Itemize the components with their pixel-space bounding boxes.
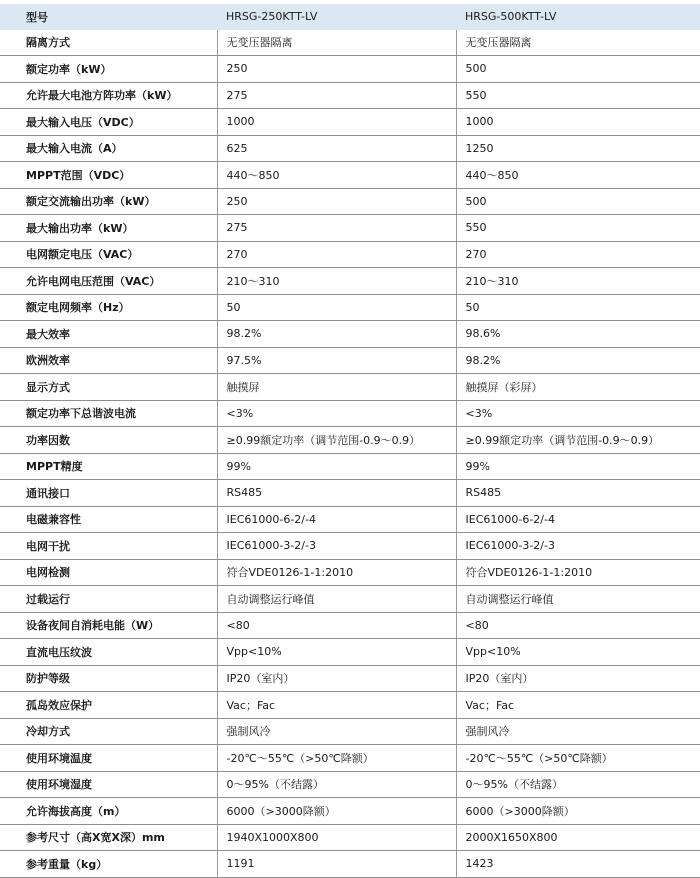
row-value-model-1: 0～95%（不结露） xyxy=(217,771,456,798)
table-row: 设备夜间自消耗电能（W）<80<80 xyxy=(0,612,700,639)
row-value-model-1: 强制风冷 xyxy=(217,718,456,745)
table-row: 冷却方式强制风冷强制风冷 xyxy=(0,718,700,745)
spec-table-body: 型号 HRSG-250KTT-LV HRSG-500KTT-LV 隔离方式无变压… xyxy=(0,4,700,875)
table-row: 允许电网电压范围（VAC）210～310210～310 xyxy=(0,268,700,295)
row-value-model-1: 275 xyxy=(217,215,456,242)
row-param-label: 最大效率 xyxy=(0,321,217,348)
row-param-label: 参考重量（kg） xyxy=(0,851,217,876)
row-param-label: 最大输出功率（kW） xyxy=(0,215,217,242)
row-param-label: 使用环境湿度 xyxy=(0,771,217,798)
header-param-label: 型号 xyxy=(0,4,217,30)
table-row: 显示方式触摸屏触摸屏（彩屏） xyxy=(0,374,700,401)
row-value-model-2: 6000（>3000降额） xyxy=(456,798,700,825)
row-value-model-1: IEC61000-3-2/-3 xyxy=(217,533,456,560)
table-row: 防护等级IP20（室内）IP20（室内） xyxy=(0,665,700,692)
table-row: 参考尺寸（高X宽X深）mm1940X1000X8002000X1650X800 xyxy=(0,824,700,851)
row-param-label: 参考尺寸（高X宽X深）mm xyxy=(0,824,217,851)
row-value-model-1: 1000 xyxy=(217,109,456,136)
row-value-model-1: Vac；Fac xyxy=(217,692,456,719)
row-value-model-2: Vpp<10% xyxy=(456,639,700,666)
row-value-model-1: 275 xyxy=(217,82,456,109)
row-value-model-1: 98.2% xyxy=(217,321,456,348)
row-value-model-2: 0～95%（不结露） xyxy=(456,771,700,798)
row-value-model-2: <3% xyxy=(456,400,700,427)
row-value-model-1: 50 xyxy=(217,294,456,321)
row-value-model-2: 98.2% xyxy=(456,347,700,374)
row-value-model-1: <80 xyxy=(217,612,456,639)
table-row: 使用环境湿度0～95%（不结露）0～95%（不结露） xyxy=(0,771,700,798)
table-row: 过载运行自动调整运行峰值自动调整运行峰值 xyxy=(0,586,700,613)
row-value-model-2: 触摸屏（彩屏） xyxy=(456,374,700,401)
row-value-model-1: Vpp<10% xyxy=(217,639,456,666)
row-value-model-2: IEC61000-3-2/-3 xyxy=(456,533,700,560)
row-value-model-2: 440～850 xyxy=(456,162,700,189)
row-param-label: 电网额定电压（VAC） xyxy=(0,241,217,268)
row-value-model-2: 符合VDE0126-1-1:2010 xyxy=(456,559,700,586)
row-value-model-1: 1191 xyxy=(217,851,456,876)
table-row: 孤岛效应保护Vac；FacVac；Fac xyxy=(0,692,700,719)
row-value-model-2: 210～310 xyxy=(456,268,700,295)
table-row: 电网检测符合VDE0126-1-1:2010符合VDE0126-1-1:2010 xyxy=(0,559,700,586)
table-row: 电网额定电压（VAC）270270 xyxy=(0,241,700,268)
row-param-label: 直流电压纹波 xyxy=(0,639,217,666)
row-value-model-2: 自动调整运行峰值 xyxy=(456,586,700,613)
row-param-label: 额定电网频率（Hz） xyxy=(0,294,217,321)
table-row: 直流电压纹波Vpp<10%Vpp<10% xyxy=(0,639,700,666)
row-param-label: 额定功率（kW） xyxy=(0,56,217,83)
row-value-model-2: 500 xyxy=(456,56,700,83)
table-row: 欧洲效率97.5%98.2% xyxy=(0,347,700,374)
row-value-model-1: <3% xyxy=(217,400,456,427)
row-value-model-1: 97.5% xyxy=(217,347,456,374)
table-row: 额定交流输出功率（kW）250500 xyxy=(0,188,700,215)
table-row: 隔离方式无变压器隔离无变压器隔离 xyxy=(0,30,700,56)
row-value-model-2: 无变压器隔离 xyxy=(456,30,700,56)
row-param-label: 电磁兼容性 xyxy=(0,506,217,533)
row-value-model-2: 1423 xyxy=(456,851,700,876)
table-header-row: 型号 HRSG-250KTT-LV HRSG-500KTT-LV xyxy=(0,4,700,30)
row-param-label: MPPT范围（VDC） xyxy=(0,162,217,189)
row-value-model-2: 270 xyxy=(456,241,700,268)
row-param-label: 额定功率下总谐波电流 xyxy=(0,400,217,427)
row-param-label: 最大输入电压（VDC） xyxy=(0,109,217,136)
row-value-model-2: 2000X1650X800 xyxy=(456,824,700,851)
header-model-2: HRSG-500KTT-LV xyxy=(456,4,700,30)
row-param-label: 通讯接口 xyxy=(0,480,217,507)
header-model-1: HRSG-250KTT-LV xyxy=(217,4,456,30)
table-row: MPPT范围（VDC）440～850440～850 xyxy=(0,162,700,189)
row-value-model-2: Vac；Fac xyxy=(456,692,700,719)
table-row: 电网干扰IEC61000-3-2/-3IEC61000-3-2/-3 xyxy=(0,533,700,560)
row-value-model-2: 50 xyxy=(456,294,700,321)
row-param-label: 孤岛效应保护 xyxy=(0,692,217,719)
row-value-model-2: 550 xyxy=(456,82,700,109)
row-param-label: MPPT精度 xyxy=(0,453,217,480)
table-row: 最大效率98.2%98.6% xyxy=(0,321,700,348)
row-param-label: 隔离方式 xyxy=(0,30,217,56)
row-param-label: 欧洲效率 xyxy=(0,347,217,374)
row-value-model-1: 6000（>3000降额） xyxy=(217,798,456,825)
row-value-model-2: 99% xyxy=(456,453,700,480)
row-param-label: 冷却方式 xyxy=(0,718,217,745)
table-row: 允许海拔高度（m）6000（>3000降额）6000（>3000降额） xyxy=(0,798,700,825)
row-value-model-2: RS485 xyxy=(456,480,700,507)
table-row: 最大输入电压（VDC）10001000 xyxy=(0,109,700,136)
table-row: 最大输出功率（kW）275550 xyxy=(0,215,700,242)
table-row: 额定电网频率（Hz）5050 xyxy=(0,294,700,321)
row-param-label: 功率因数 xyxy=(0,427,217,454)
row-value-model-1: 250 xyxy=(217,56,456,83)
row-value-model-1: 无变压器隔离 xyxy=(217,30,456,56)
row-value-model-2: IEC61000-6-2/-4 xyxy=(456,506,700,533)
row-param-label: 电网干扰 xyxy=(0,533,217,560)
row-value-model-2: 500 xyxy=(456,188,700,215)
row-value-model-1: 1940X1000X800 xyxy=(217,824,456,851)
row-param-label: 允许海拔高度（m） xyxy=(0,798,217,825)
row-param-label: 电网检测 xyxy=(0,559,217,586)
row-param-label: 过载运行 xyxy=(0,586,217,613)
row-value-model-2: IP20（室内） xyxy=(456,665,700,692)
row-value-model-1: ≥0.99额定功率（调节范围-0.9～0.9） xyxy=(217,427,456,454)
row-param-label: 允许电网电压范围（VAC） xyxy=(0,268,217,295)
row-value-model-1: IEC61000-6-2/-4 xyxy=(217,506,456,533)
row-value-model-1: 440～850 xyxy=(217,162,456,189)
row-value-model-2: 强制风冷 xyxy=(456,718,700,745)
row-value-model-1: 符合VDE0126-1-1:2010 xyxy=(217,559,456,586)
table-row: 功率因数≥0.99额定功率（调节范围-0.9～0.9）≥0.99额定功率（调节范… xyxy=(0,427,700,454)
row-param-label: 设备夜间自消耗电能（W） xyxy=(0,612,217,639)
row-value-model-1: 自动调整运行峰值 xyxy=(217,586,456,613)
spec-table: 型号 HRSG-250KTT-LV HRSG-500KTT-LV 隔离方式无变压… xyxy=(0,4,700,875)
row-value-model-2: 98.6% xyxy=(456,321,700,348)
table-row: MPPT精度99%99% xyxy=(0,453,700,480)
row-value-model-1: IP20（室内） xyxy=(217,665,456,692)
table-row: 使用环境温度-20℃～55℃（>50℃降额）-20℃～55℃（>50℃降额） xyxy=(0,745,700,772)
table-row: 最大输入电流（A）6251250 xyxy=(0,135,700,162)
row-value-model-1: 99% xyxy=(217,453,456,480)
table-row: 额定功率（kW）250500 xyxy=(0,56,700,83)
row-value-model-1: 270 xyxy=(217,241,456,268)
row-value-model-1: 250 xyxy=(217,188,456,215)
table-row: 额定功率下总谐波电流<3%<3% xyxy=(0,400,700,427)
row-param-label: 额定交流输出功率（kW） xyxy=(0,188,217,215)
row-value-model-2: ≥0.99额定功率（调节范围-0.9～0.9） xyxy=(456,427,700,454)
row-value-model-2: -20℃～55℃（>50℃降额） xyxy=(456,745,700,772)
table-row: 允许最大电池方阵功率（kW）275550 xyxy=(0,82,700,109)
row-value-model-2: 1250 xyxy=(456,135,700,162)
row-value-model-1: -20℃～55℃（>50℃降额） xyxy=(217,745,456,772)
row-value-model-1: 触摸屏 xyxy=(217,374,456,401)
table-row: 电磁兼容性IEC61000-6-2/-4IEC61000-6-2/-4 xyxy=(0,506,700,533)
row-param-label: 显示方式 xyxy=(0,374,217,401)
row-value-model-1: 210～310 xyxy=(217,268,456,295)
table-row: 通讯接口RS485RS485 xyxy=(0,480,700,507)
table-row: 参考重量（kg）11911423 xyxy=(0,851,700,876)
row-value-model-1: 625 xyxy=(217,135,456,162)
row-value-model-2: 550 xyxy=(456,215,700,242)
row-value-model-2: <80 xyxy=(456,612,700,639)
row-param-label: 允许最大电池方阵功率（kW） xyxy=(0,82,217,109)
row-value-model-1: RS485 xyxy=(217,480,456,507)
row-param-label: 防护等级 xyxy=(0,665,217,692)
row-param-label: 最大输入电流（A） xyxy=(0,135,217,162)
row-value-model-2: 1000 xyxy=(456,109,700,136)
row-param-label: 使用环境温度 xyxy=(0,745,217,772)
